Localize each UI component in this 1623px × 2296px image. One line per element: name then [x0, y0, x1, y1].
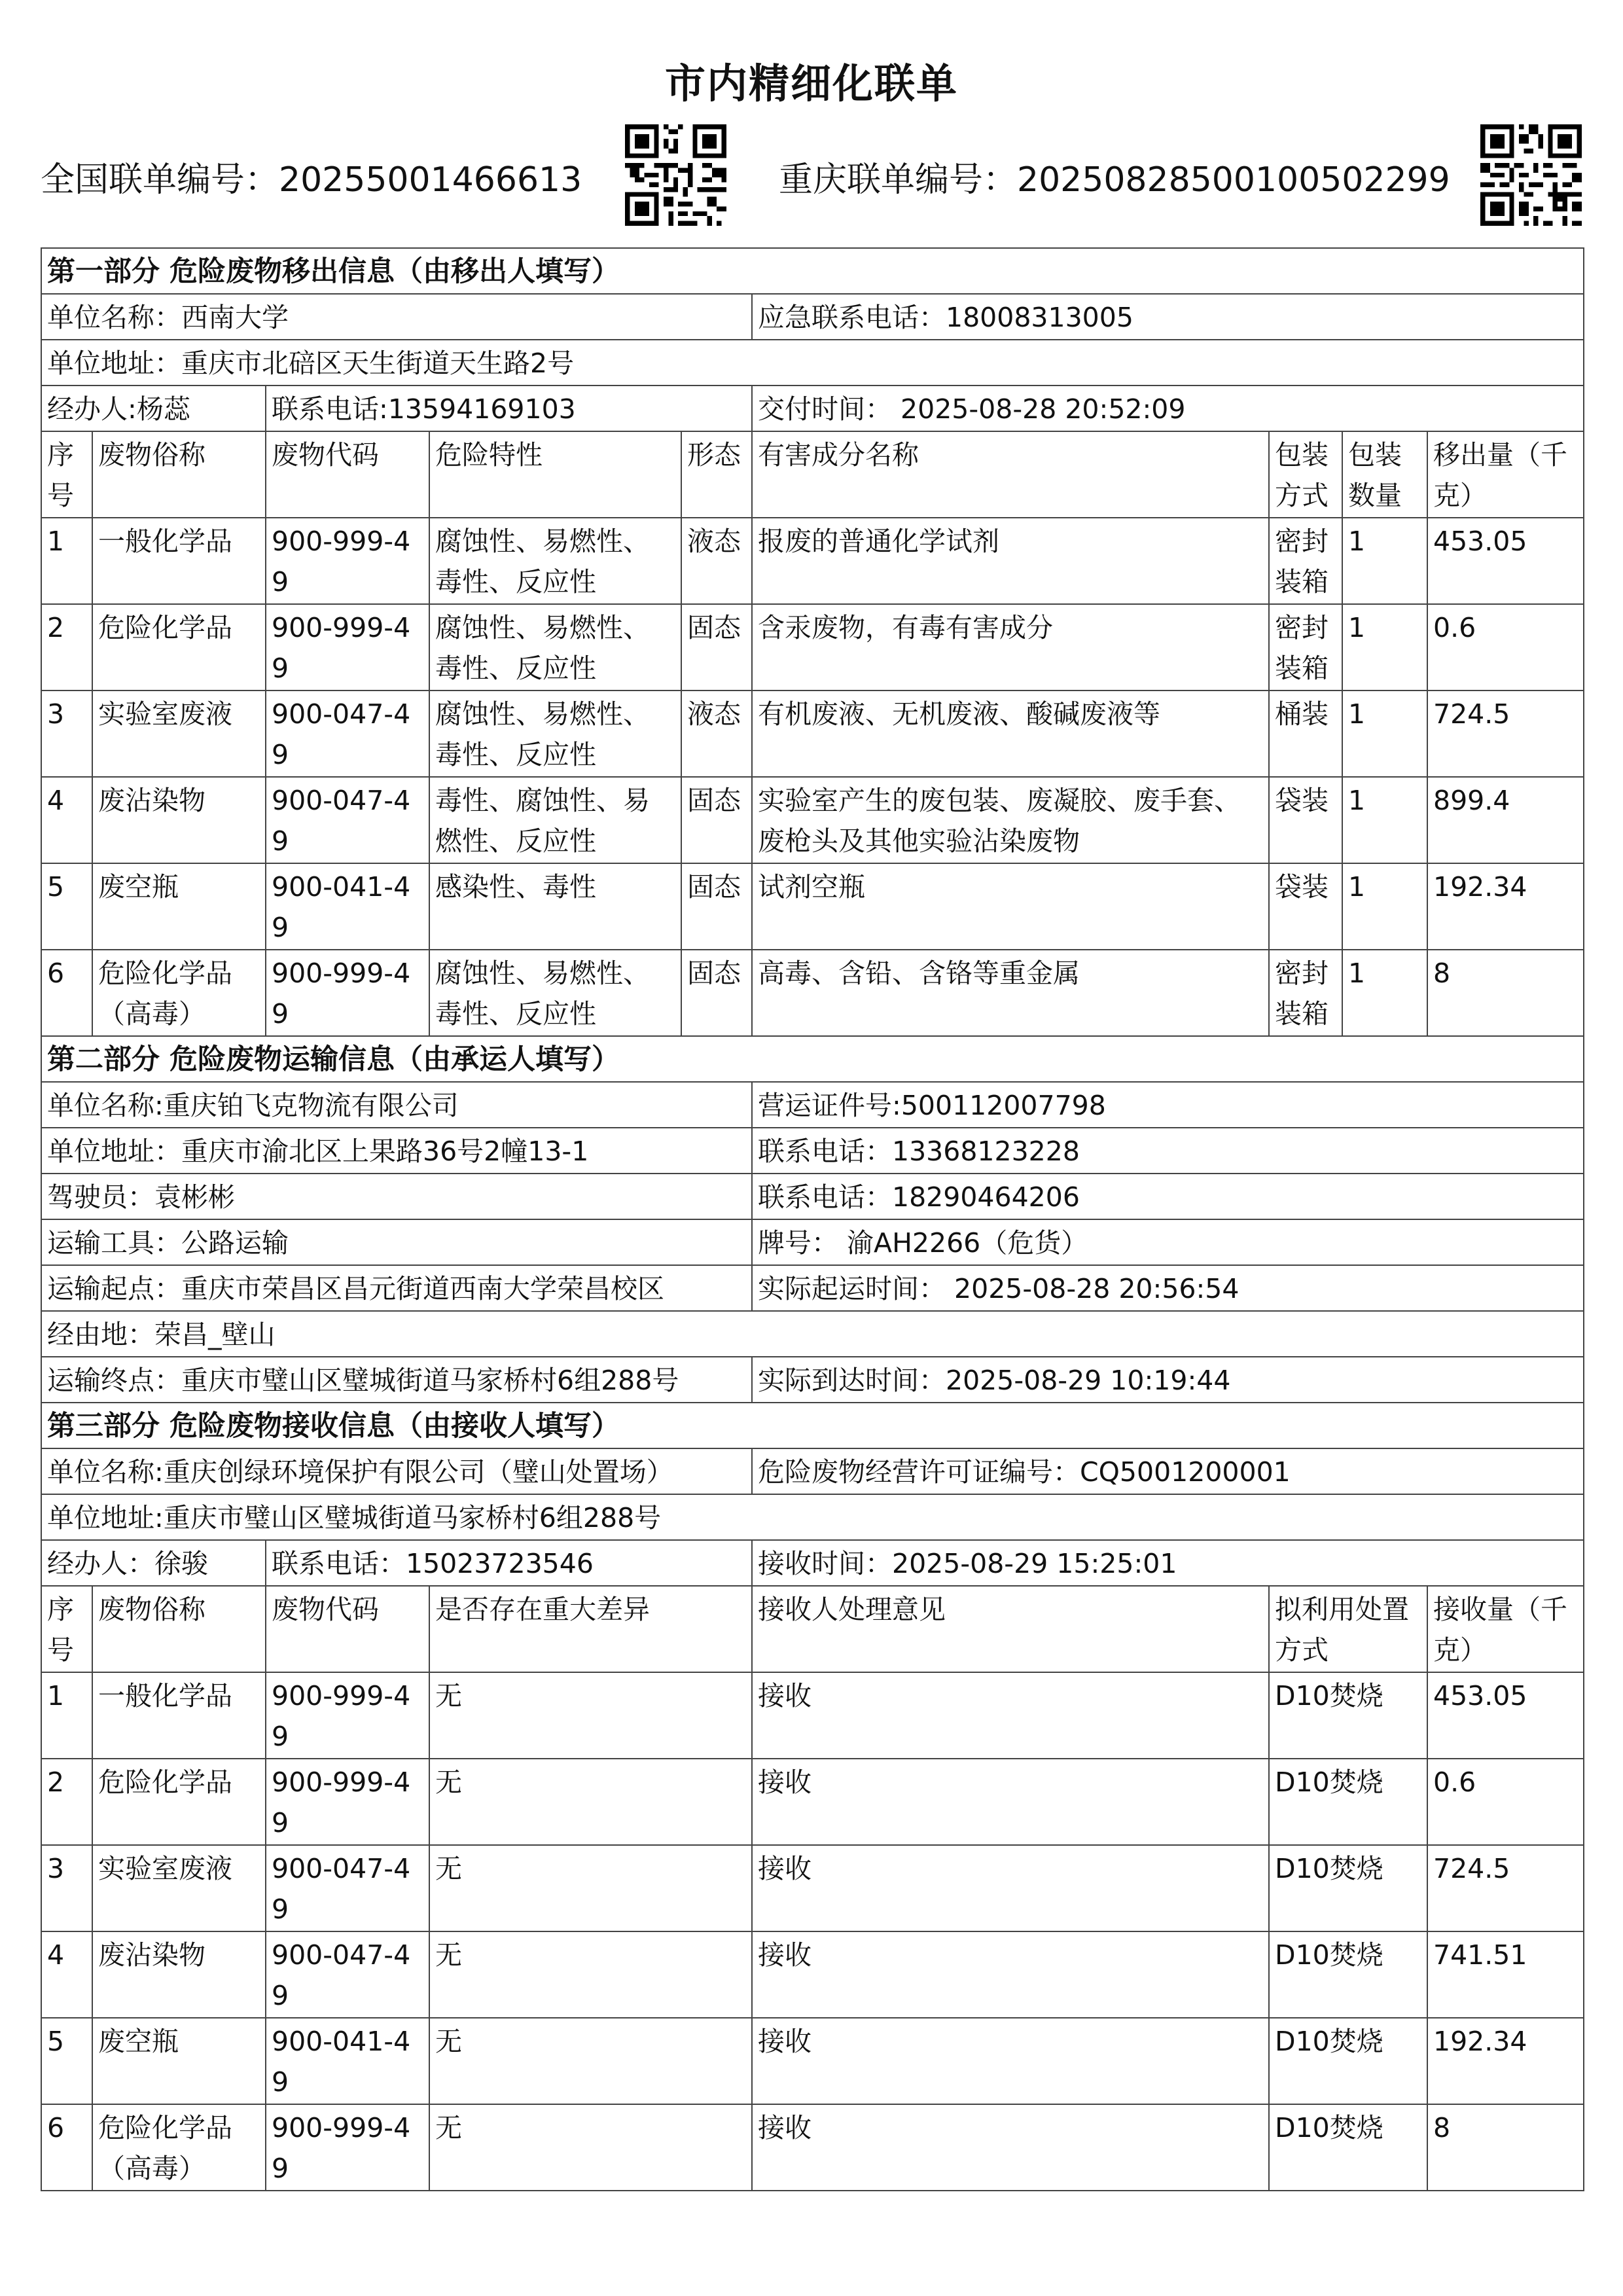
cell-waste-name: 实验室废液: [92, 691, 266, 777]
cell-seq: 3: [41, 691, 92, 777]
cell-packaging: 密封装箱: [1269, 518, 1342, 604]
cell-quantity: 724.5: [1427, 691, 1584, 777]
table-row: 2 危险化学品 900-999-49 无 接收 D10焚烧 0.6: [41, 1759, 1584, 1845]
document-title: 市内精细化联单: [0, 51, 1623, 109]
cell-received-qty: 724.5: [1427, 1845, 1584, 1931]
cell-seq: 3: [41, 1845, 92, 1931]
part1-emergency-phone: 应急联系电话：18008313005: [752, 294, 1584, 340]
chongqing-number-label: 重庆联单编号：: [779, 160, 1017, 200]
part1-phone: 联系电话:13594169103: [266, 386, 752, 431]
column-header: 接收人处理意见: [752, 1586, 1269, 1672]
part2-unit-name: 单位名称:重庆铂飞克物流有限公司: [41, 1082, 752, 1128]
cell-disposal: D10焚烧: [1269, 1931, 1427, 2018]
cell-waste-name: 一般化学品: [92, 518, 266, 604]
qr-code-icon: [1480, 124, 1582, 226]
table-row: 4 废沾染物 900-047-49 无 接收 D10焚烧 741.51: [41, 1931, 1584, 2018]
cell-disposal: D10焚烧: [1269, 1845, 1427, 1931]
table-row: 3 实验室废液 900-047-49 腐蚀性、易燃性、毒性、反应性 液态 有机废…: [41, 691, 1584, 777]
part1-handler: 经办人:杨蕊: [41, 386, 266, 431]
table-row: 3 实验室废液 900-047-49 无 接收 D10焚烧 724.5: [41, 1845, 1584, 1931]
cell-disposal: D10焚烧: [1269, 2018, 1427, 2104]
column-header: 废物代码: [266, 1586, 429, 1672]
cell-seq: 4: [41, 1931, 92, 2018]
cell-components: 高毒、含铅、含铬等重金属: [752, 950, 1269, 1036]
cell-hazard: 感染性、毒性: [429, 863, 681, 950]
table-row: 6 危险化学品（高毒） 900-999-49 无 接收 D10焚烧 8: [41, 2104, 1584, 2191]
cell-discrepancy: 无: [429, 2104, 752, 2191]
national-number-value: 20255001466613: [279, 160, 582, 200]
cell-form: 固态: [681, 777, 752, 863]
chongqing-number-value: 2025082850010050229​9: [1017, 160, 1450, 200]
part3-phone: 联系电话：15023723546: [266, 1540, 752, 1586]
cell-packaging: 桶装: [1269, 691, 1342, 777]
cell-waste-name: 废空瓶: [92, 863, 266, 950]
cell-discrepancy: 无: [429, 2018, 752, 2104]
cell-waste-name: 废空瓶: [92, 2018, 266, 2104]
cell-seq: 1: [41, 518, 92, 604]
part3-receive-time: 接收时间：2025-08-29 15:25:01: [752, 1540, 1584, 1586]
cell-packaging: 袋装: [1269, 863, 1342, 950]
national-manifest-number: 全国联单编号：20255001466613: [41, 152, 582, 201]
table-row: 1 一般化学品 900-999-49 腐蚀性、易燃性、毒性、反应性 液态 报废的…: [41, 518, 1584, 604]
cell-seq: 6: [41, 2104, 92, 2191]
cell-waste-name: 危险化学品（高毒）: [92, 950, 266, 1036]
part2-depart-time: 实际起运时间： 2025-08-28 20:56:54: [752, 1265, 1584, 1311]
cell-seq: 5: [41, 2018, 92, 2104]
cell-received-qty: 453.05: [1427, 1672, 1584, 1759]
cell-waste-code: 900-041-49: [266, 2018, 429, 2104]
part2-vehicle: 运输工具：公路运输: [41, 1219, 752, 1265]
part2-heading: 第二部分 危险废物运输信息（由承运人填写）: [41, 1036, 1584, 1082]
cell-hazard: 腐蚀性、易燃性、毒性、反应性: [429, 691, 681, 777]
table-row: 6 危险化学品（高毒） 900-999-49 腐蚀性、易燃性、毒性、反应性 固态…: [41, 950, 1584, 1036]
cell-seq: 5: [41, 863, 92, 950]
cell-opinion: 接收: [752, 1759, 1269, 1845]
cell-waste-code: 900-047-49: [266, 691, 429, 777]
cell-components: 试剂空瓶: [752, 863, 1269, 950]
cell-opinion: 接收: [752, 2018, 1269, 2104]
cell-discrepancy: 无: [429, 1759, 752, 1845]
cell-pack-count: 1: [1342, 777, 1427, 863]
cell-disposal: D10焚烧: [1269, 2104, 1427, 2191]
cell-disposal: D10焚烧: [1269, 1759, 1427, 1845]
cell-form: 液态: [681, 518, 752, 604]
cell-waste-code: 900-999-49: [266, 604, 429, 691]
chongqing-manifest-number: 重庆联单编号：2025082850010050229​9: [779, 152, 1450, 201]
cell-waste-name: 一般化学品: [92, 1672, 266, 1759]
part3-unit-address: 单位地址:重庆市璧山区璧城街道马家桥村6组288号: [41, 1494, 1584, 1540]
part3-unit-name: 单位名称:重庆创绿环境保护有限公司（璧山处置场）: [41, 1448, 752, 1494]
column-header: 形态: [681, 431, 752, 518]
national-number-label: 全国联单编号：: [41, 160, 279, 200]
part1-unit-address: 单位地址：重庆市北碚区天生街道天生路2号: [41, 340, 1584, 386]
cell-quantity: 192.34: [1427, 863, 1584, 950]
part1-delivery-time: 交付时间： 2025-08-28 20:52:09: [752, 386, 1584, 431]
cell-components: 有机废液、无机废液、酸碱废液等: [752, 691, 1269, 777]
cell-form: 固态: [681, 604, 752, 691]
cell-waste-name: 危险化学品: [92, 1759, 266, 1845]
cell-waste-name: 危险化学品（高毒）: [92, 2104, 266, 2191]
part3-permit-no: 危险废物经营许可证编号：CQ5001200001: [752, 1448, 1584, 1494]
cell-hazard: 腐蚀性、易燃性、毒性、反应性: [429, 950, 681, 1036]
cell-waste-name: 实验室废液: [92, 1845, 266, 1931]
cell-received-qty: 741.51: [1427, 1931, 1584, 2018]
cell-quantity: 453.05: [1427, 518, 1584, 604]
cell-waste-code: 900-047-49: [266, 1845, 429, 1931]
cell-components: 含汞废物，有毒有害成分: [752, 604, 1269, 691]
cell-pack-count: 1: [1342, 863, 1427, 950]
cell-components: 报废的普通化学试剂: [752, 518, 1269, 604]
column-header: 序号: [41, 1586, 92, 1672]
cell-hazard: 毒性、腐蚀性、易燃性、反应性: [429, 777, 681, 863]
cell-form: 液态: [681, 691, 752, 777]
column-header: 包装方式: [1269, 431, 1342, 518]
cell-discrepancy: 无: [429, 1845, 752, 1931]
cell-opinion: 接收: [752, 1672, 1269, 1759]
cell-pack-count: 1: [1342, 950, 1427, 1036]
column-header: 是否存在重大差异: [429, 1586, 752, 1672]
part2-plate: 牌号： 渝AH2266（危货）: [752, 1219, 1584, 1265]
cell-waste-code: 900-047-49: [266, 777, 429, 863]
cell-seq: 2: [41, 604, 92, 691]
part2-unit-phone: 联系电话：13368123228: [752, 1128, 1584, 1174]
cell-components: 实验室产生的废包装、废凝胶、废手套、废枪头及其他实验沾染废物: [752, 777, 1269, 863]
column-header: 接收量（千克）: [1427, 1586, 1584, 1672]
part3-header-row: 序号 废物俗称 废物代码 是否存在重大差异 接收人处理意见 拟利用处置方式 接收…: [41, 1586, 1584, 1672]
cell-waste-code: 900-047-49: [266, 1931, 429, 2018]
column-header: 废物代码: [266, 431, 429, 518]
column-header: 移出量（千克）: [1427, 431, 1584, 518]
cell-disposal: D10焚烧: [1269, 1672, 1427, 1759]
part2-unit-address: 单位地址：重庆市渝北区上果路36号2幢13-1: [41, 1128, 752, 1174]
part1-unit-name: 单位名称：西南大学: [41, 294, 752, 340]
table-row: 5 废空瓶 900-041-49 无 接收 D10焚烧 192.34: [41, 2018, 1584, 2104]
part3-handler: 经办人：徐骏: [41, 1540, 266, 1586]
cell-seq: 6: [41, 950, 92, 1036]
qr-code-icon: [625, 124, 726, 226]
part3-heading: 第三部分 危险废物接收信息（由接收人填写）: [41, 1403, 1584, 1448]
cell-packaging: 袋装: [1269, 777, 1342, 863]
cell-pack-count: 1: [1342, 691, 1427, 777]
cell-quantity: 0.6: [1427, 604, 1584, 691]
cell-pack-count: 1: [1342, 518, 1427, 604]
cell-received-qty: 0.6: [1427, 1759, 1584, 1845]
column-header: 废物俗称: [92, 1586, 266, 1672]
cell-opinion: 接收: [752, 1845, 1269, 1931]
cell-form: 固态: [681, 950, 752, 1036]
cell-hazard: 腐蚀性、易燃性、毒性、反应性: [429, 518, 681, 604]
cell-hazard: 腐蚀性、易燃性、毒性、反应性: [429, 604, 681, 691]
column-header: 有害成分名称: [752, 431, 1269, 518]
table-row: 4 废沾染物 900-047-49 毒性、腐蚀性、易燃性、反应性 固态 实验室产…: [41, 777, 1584, 863]
cell-discrepancy: 无: [429, 1931, 752, 2018]
cell-quantity: 899.4: [1427, 777, 1584, 863]
part2-driver: 驾驶员：袁彬彬: [41, 1174, 752, 1219]
cell-waste-name: 废沾染物: [92, 777, 266, 863]
part2-driver-phone: 联系电话：18290464206: [752, 1174, 1584, 1219]
cell-received-qty: 8: [1427, 2104, 1584, 2191]
table-row: 1 一般化学品 900-999-49 无 接收 D10焚烧 453.05: [41, 1672, 1584, 1759]
column-header: 包装数量: [1342, 431, 1427, 518]
cell-seq: 4: [41, 777, 92, 863]
cell-waste-code: 900-999-49: [266, 950, 429, 1036]
part2-arrive-time: 实际到达时间：2025-08-29 10:19:44: [752, 1357, 1584, 1403]
cell-opinion: 接收: [752, 1931, 1269, 2018]
cell-waste-code: 900-041-49: [266, 863, 429, 950]
cell-waste-code: 900-999-49: [266, 1759, 429, 1845]
cell-seq: 2: [41, 1759, 92, 1845]
part2-license-no: 营运证件号:500112007798: [752, 1082, 1584, 1128]
cell-seq: 1: [41, 1672, 92, 1759]
part1-header-row: 序号 废物俗称 废物代码 危险特性 形态 有害成分名称 包装方式 包装数量 移出…: [41, 431, 1584, 518]
manifest-table: 第一部分 危险废物移出信息（由移出人填写） 单位名称：西南大学 应急联系电话：1…: [41, 247, 1584, 2191]
column-header: 序号: [41, 431, 92, 518]
cell-waste-code: 900-999-49: [266, 2104, 429, 2191]
part1-heading: 第一部分 危险废物移出信息（由移出人填写）: [41, 248, 1584, 294]
cell-form: 固态: [681, 863, 752, 950]
cell-discrepancy: 无: [429, 1672, 752, 1759]
cell-received-qty: 192.34: [1427, 2018, 1584, 2104]
cell-quantity: 8: [1427, 950, 1584, 1036]
part2-origin: 运输起点：重庆市荣昌区昌元街道西南大学荣昌校区: [41, 1265, 752, 1311]
cell-packaging: 密封装箱: [1269, 604, 1342, 691]
cell-waste-name: 废沾染物: [92, 1931, 266, 2018]
column-header: 危险特性: [429, 431, 681, 518]
table-row: 5 废空瓶 900-041-49 感染性、毒性 固态 试剂空瓶 袋装 1 192…: [41, 863, 1584, 950]
cell-opinion: 接收: [752, 2104, 1269, 2191]
cell-packaging: 密封装箱: [1269, 950, 1342, 1036]
table-row: 2 危险化学品 900-999-49 腐蚀性、易燃性、毒性、反应性 固态 含汞废…: [41, 604, 1584, 691]
cell-waste-code: 900-999-49: [266, 1672, 429, 1759]
cell-pack-count: 1: [1342, 604, 1427, 691]
cell-waste-code: 900-999-49: [266, 518, 429, 604]
column-header: 废物俗称: [92, 431, 266, 518]
part2-destination: 运输终点：重庆市璧山区璧城街道马家桥村6组288号: [41, 1357, 752, 1403]
column-header: 拟利用处置方式: [1269, 1586, 1427, 1672]
part2-via: 经由地：荣昌_壁山: [41, 1311, 1584, 1357]
cell-waste-name: 危险化学品: [92, 604, 266, 691]
